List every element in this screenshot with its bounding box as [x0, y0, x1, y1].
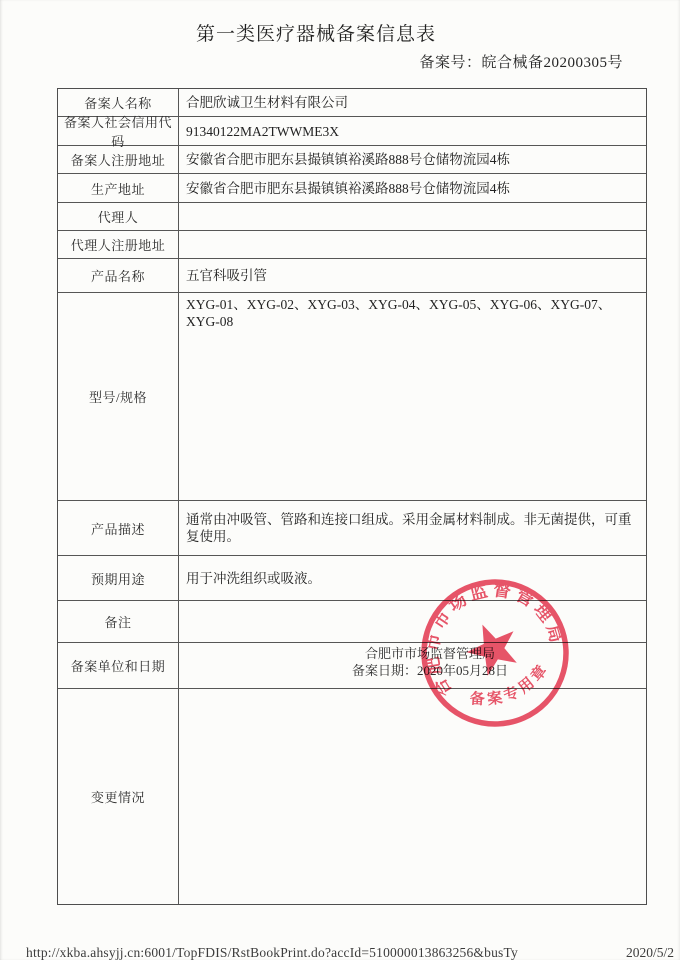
- row-value: 91340122MA2TWWME3X: [179, 117, 646, 145]
- table-row: 产品名称 五官科吸引管: [58, 259, 646, 293]
- row-label: 生产地址: [58, 174, 179, 202]
- table-row: 型号/规格 XYG-01、XYG-02、XYG-03、XYG-04、XYG-05…: [58, 293, 646, 501]
- row-label: 备注: [58, 601, 179, 642]
- row-value: 安徽省合肥市肥东县撮镇镇裕溪路888号仓储物流园4栋: [179, 174, 646, 202]
- row-label: 型号/规格: [58, 293, 179, 500]
- row-label: 产品名称: [58, 259, 179, 292]
- table-row: 产品描述 通常由冲吸管、管路和连接口组成。采用金属材料制成。非无菌提供，可重复使…: [58, 501, 646, 556]
- stamp-bottom-text: 备案专用章: [463, 656, 558, 720]
- record-table: 备案人名称 合肥欣诚卫生材料有限公司 备案人社会信用代码 91340122MA2…: [57, 88, 647, 905]
- print-footer: http://xkba.ahsyjj.cn:6001/TopFDIS/RstBo…: [0, 945, 680, 960]
- svg-text:备案专用章: 备案专用章: [463, 656, 558, 720]
- row-value: [179, 203, 646, 230]
- row-value: 通常由冲吸管、管路和连接口组成。采用金属材料制成。非无菌提供，可重复使用。: [179, 501, 646, 555]
- row-value: [179, 689, 646, 904]
- row-label: 备案人注册地址: [58, 146, 179, 173]
- record-number-label: 备案号：: [419, 55, 481, 71]
- table-row: 代理人注册地址: [58, 231, 646, 259]
- row-label: 代理人注册地址: [58, 231, 179, 258]
- document-page: 第一类医疗器械备案信息表 备案号：皖合械备20200305号 备案人名称 合肥欣…: [0, 0, 680, 960]
- table-row: 生产地址 安徽省合肥市肥东县撮镇镇裕溪路888号仓储物流园4栋: [58, 174, 646, 203]
- row-label: 代理人: [58, 203, 179, 230]
- footer-date: 2020/5/2: [626, 945, 674, 960]
- footer-url: http://xkba.ahsyjj.cn:6001/TopFDIS/RstBo…: [26, 945, 518, 960]
- table-row: 备案人注册地址 安徽省合肥市肥东县撮镇镇裕溪路888号仓储物流园4栋: [58, 146, 646, 174]
- table-row: 代理人: [58, 203, 646, 231]
- row-value: XYG-01、XYG-02、XYG-03、XYG-04、XYG-05、XYG-0…: [179, 293, 646, 500]
- record-number-value: 皖合械备20200305号: [481, 55, 623, 71]
- row-label: 产品描述: [58, 501, 179, 555]
- row-value: 安徽省合肥市肥东县撮镇镇裕溪路888号仓储物流园4栋: [179, 146, 646, 173]
- row-value: 合肥欣诚卫生材料有限公司: [179, 89, 646, 116]
- row-value: 五官科吸引管: [179, 259, 646, 292]
- page-title: 第一类医疗器械备案信息表: [0, 19, 632, 46]
- table-row: 备案人社会信用代码 91340122MA2TWWME3X: [58, 117, 646, 146]
- record-number: 备案号：皖合械备20200305号: [419, 51, 623, 72]
- row-label: 变更情况: [58, 689, 179, 904]
- row-label: 预期用途: [58, 556, 179, 600]
- row-label: 备案单位和日期: [58, 643, 179, 688]
- row-label: 备案人社会信用代码: [58, 117, 179, 145]
- stamp-star-icon: [459, 614, 526, 679]
- row-value: [179, 231, 646, 258]
